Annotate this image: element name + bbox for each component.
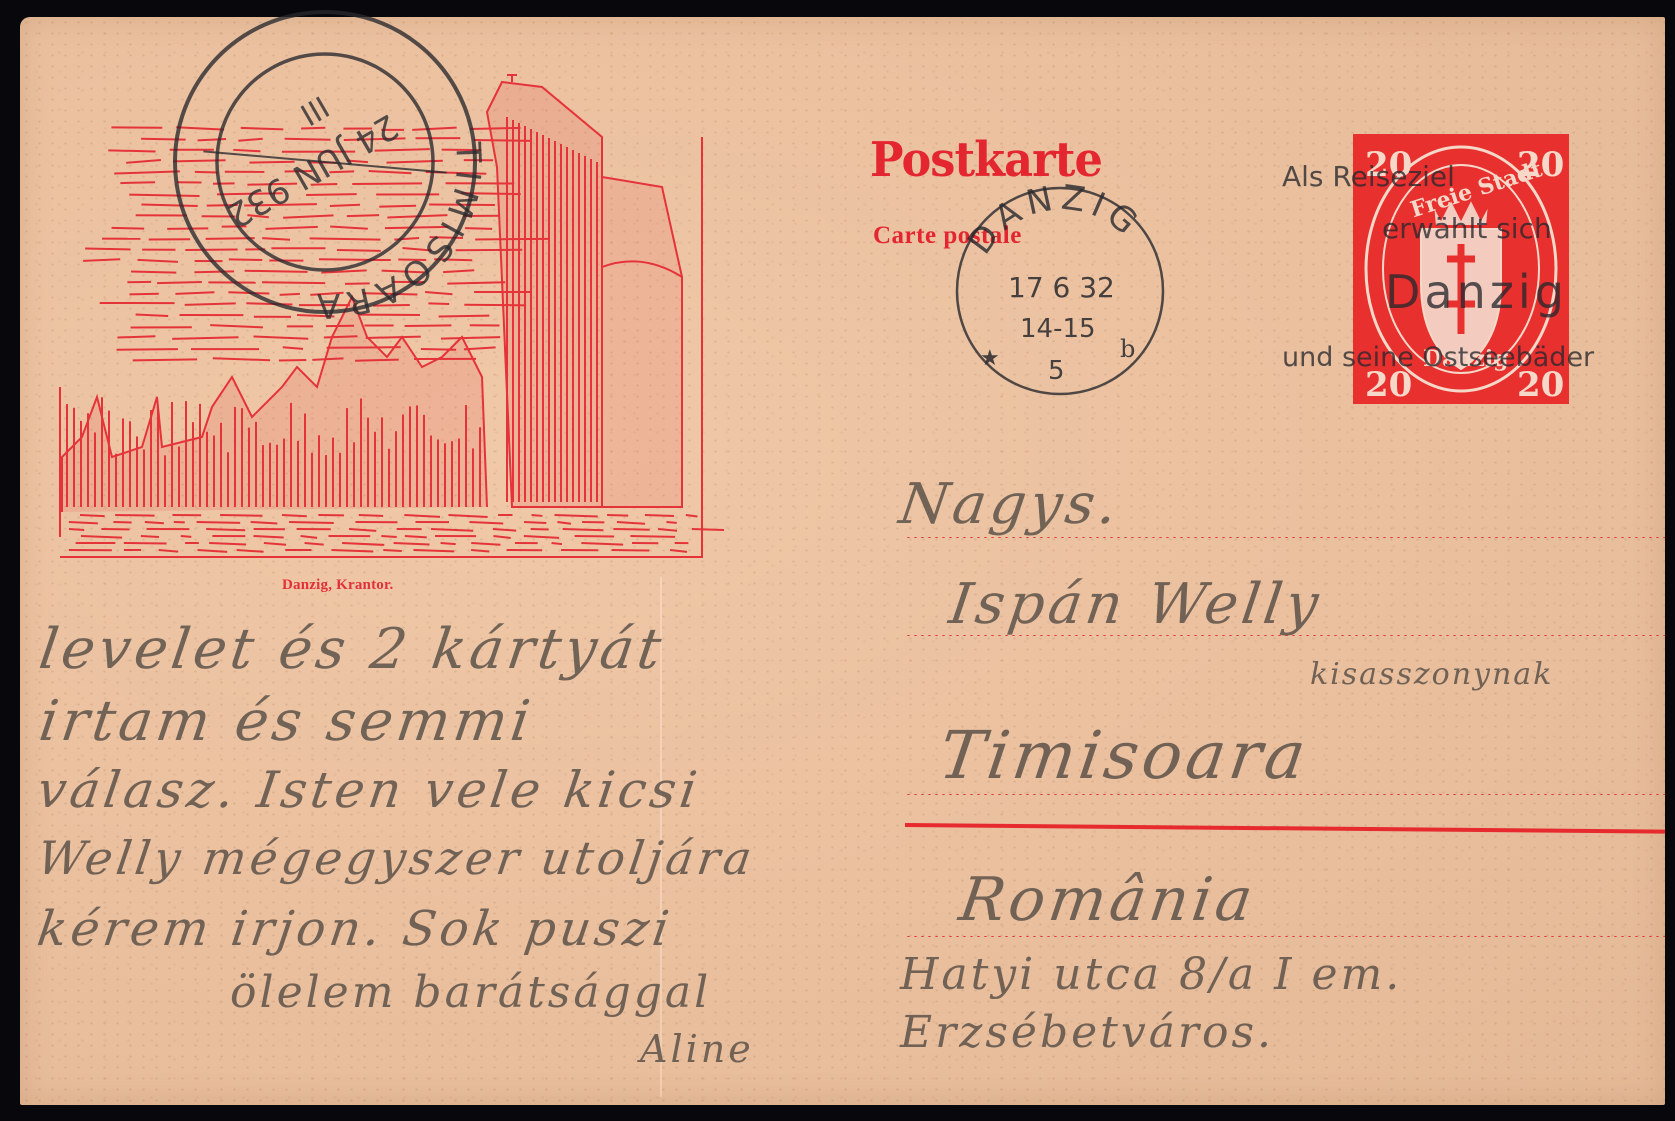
address-line-2: Ispán Welly (945, 572, 1326, 637)
svg-text:b: b (1120, 335, 1135, 363)
message-line-6: ölelem barátsággal (230, 967, 711, 1018)
slogan-line-2: erwählt sich (1382, 212, 1552, 245)
danzig-postmark: DANZIG 17 6 32 14-15 5 b ★ (950, 179, 1170, 404)
timisoara-postmark: TIMISOARA 24 JUN 932 III (135, 32, 505, 322)
star-icon: ★ (980, 346, 1000, 371)
svg-text:17 6 32: 17 6 32 (1008, 271, 1115, 304)
address-line-7: Erzsébetváros. (900, 1007, 1274, 1058)
illustration-caption: Danzig, Krantor. (282, 577, 393, 594)
address-line-3: kisasszonynak (1310, 657, 1553, 692)
svg-text:14-15: 14-15 (1020, 314, 1096, 344)
address-line-6: Hatyi utca 8/a I em. (900, 949, 1402, 1000)
address-line-4: Timisoara (935, 717, 1315, 794)
slogan-line-3: Danzig (1385, 265, 1568, 319)
address-rule-4 (905, 935, 1665, 938)
message-line-3: válasz. Isten vele kicsi (34, 761, 704, 819)
message-signature: Aline (640, 1027, 754, 1071)
message-line-5: kérem irjon. Sok puszi (34, 901, 676, 957)
address-line-1: Nagys. (895, 472, 1125, 537)
message-line-1: levelet és 2 kártyát (35, 617, 669, 682)
svg-text:III: III (294, 88, 334, 132)
postcard: Danzig, Krantor. Postkarte Carte postale… (20, 17, 1665, 1105)
message-line-4: Welly mégegyszer utoljára (34, 831, 759, 885)
postmark-circle: DANZIG 17 6 32 14-15 5 b ★ (950, 179, 1170, 404)
svg-text:5: 5 (1048, 356, 1065, 386)
message-line-2: irtam és semmi (35, 689, 537, 754)
svg-text:DANZIG: DANZIG (960, 178, 1149, 262)
slogan-line-1: Als Reiseziel (1282, 160, 1455, 193)
slogan-line-4: und seine Ostseebäder (1282, 342, 1594, 373)
address-line-5: România (955, 865, 1260, 935)
postmark-double-circle: TIMISOARA 24 JUN 932 III (135, 32, 505, 322)
